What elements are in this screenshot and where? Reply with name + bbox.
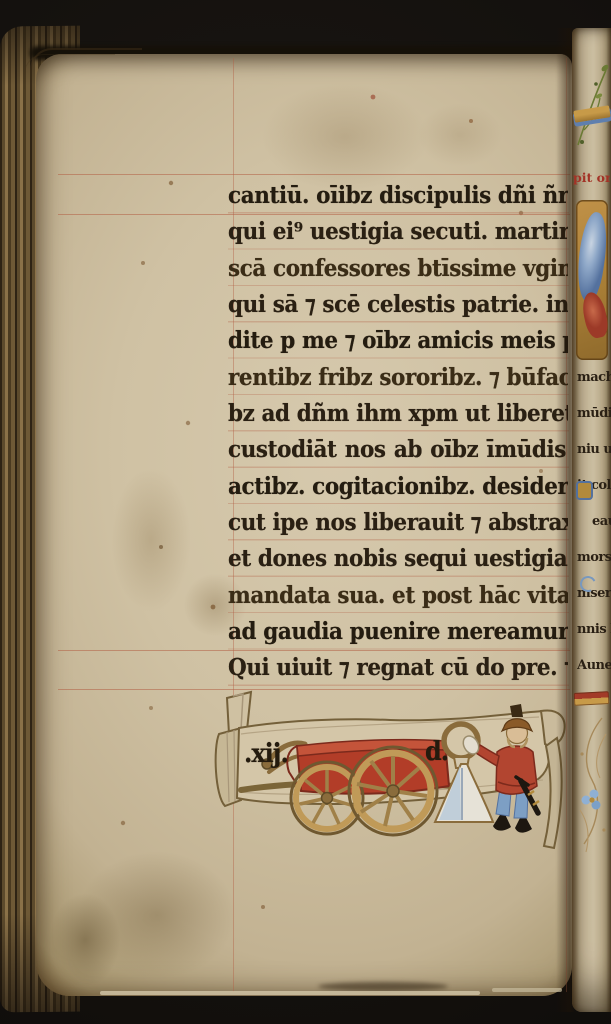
text-line: scā confessores btīssime vgines oēs: [228, 250, 566, 289]
text-line: dite p me ⁊ oībz amicis meis pa: [228, 322, 566, 361]
corner-leaf-edge: [24, 54, 115, 89]
text-line: cantiū. oīibz discipulis dñi ñri: [228, 177, 566, 216]
text-fragment: machi et: [577, 370, 611, 390]
ruling-line-horizontal: [58, 174, 570, 175]
manuscript-photo: cantiū. oīibz discipulis dñi ñri qui ei⁹…: [0, 0, 611, 1024]
text-line: actibz. cogitacionibz. desideriis. si: [228, 468, 566, 507]
penwork-flourish: [572, 714, 611, 874]
next-page-edge: pit ordo machi et mūdin niu ui it colos …: [572, 28, 611, 1012]
text-line: mandata sua. et post hāc vitam: [228, 577, 566, 616]
scroll-label-left: .xij.: [244, 737, 288, 769]
rubric-fragment: pit ordo: [573, 170, 610, 188]
scroll-label-right: d.: [425, 735, 448, 767]
hat-crown: [510, 704, 523, 717]
text-line: cut ipe nos liberauit ⁊ abstraxit: [228, 504, 566, 543]
text-fragment: nnis h: [577, 622, 611, 642]
illuminated-initial-fragment: [576, 200, 608, 360]
mini-gold-initial: [578, 483, 591, 498]
text-fragment: eaun: [592, 514, 611, 534]
text-line: bz ad dñm ihm xpm ut liberet ⁊: [228, 395, 566, 434]
initial-red-figure: [579, 290, 608, 340]
text-line: Qui uiuit ⁊ regnat cū do pre. ⁊c.: [228, 649, 566, 688]
page-bottom-edge: [100, 991, 480, 995]
text-line: rentibz fribz sororibz. ⁊ būfactori: [228, 359, 566, 398]
bas-de-page-illustration: [205, 686, 571, 860]
text-fragment: Auner: [577, 658, 611, 678]
text-line: et dones nobis sequi uestigia et: [228, 540, 566, 579]
text-fragment: niu ui: [577, 442, 611, 462]
text-line: qui sā ⁊ scē celestis patrie. inter: [228, 286, 566, 325]
page-bottom-edge: [492, 988, 562, 992]
ink-specks: [0, 0, 2, 2]
red-gold-bar: [574, 691, 610, 706]
tunic: [496, 746, 537, 794]
text-line: ad gaudia puenire mereamur: [228, 613, 566, 652]
text-line: custodiāt nos ab oībz īmūdis: [228, 431, 566, 470]
initial-blue-figure: [576, 211, 608, 304]
text-line: qui ei⁹ uestigia secuti. martires,: [228, 213, 566, 252]
text-fragment: mūdin: [577, 406, 611, 426]
text-fragment: mors: [577, 550, 611, 570]
text-block: cantiū. oīibz discipulis dñi ñri qui ei⁹…: [228, 177, 568, 689]
